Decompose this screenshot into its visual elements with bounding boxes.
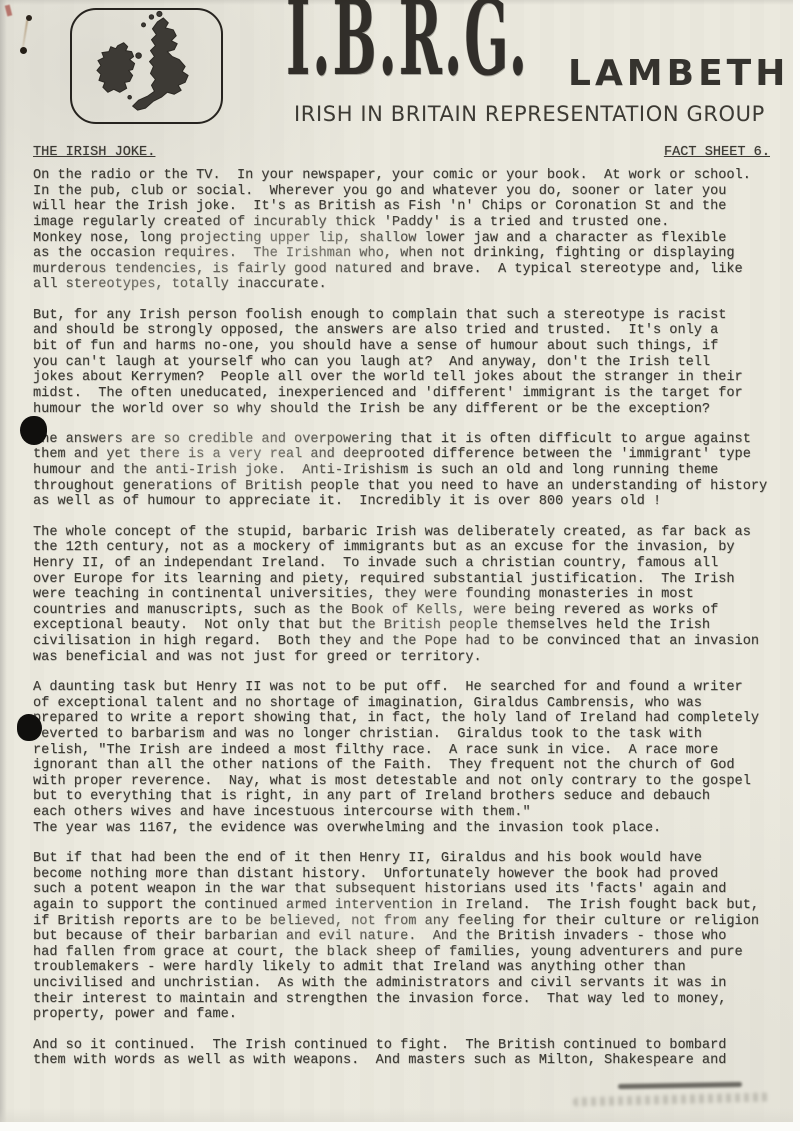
text-line: had fallen from grace at court, the blac…	[33, 945, 775, 961]
text-line: ignorant than all the other nations of t…	[33, 758, 775, 774]
map-of-ireland-and-britain-icon	[72, 10, 221, 122]
text-line: reverted to barbarism and was no longer …	[33, 727, 775, 743]
text-line: The year was 1167, the evidence was over…	[33, 821, 775, 837]
text-line: Henry II, of an independant Ireland. To …	[33, 556, 775, 572]
text-line: countries and manuscripts, such as the B…	[33, 603, 775, 619]
text-line: and should be strongly opposed, the answ…	[33, 323, 775, 339]
page-edge-bottom	[0, 1108, 793, 1122]
text-line: their interest to maintain and strengthe…	[33, 992, 775, 1008]
text-line: exceptional beauty. Not only that but th…	[33, 618, 775, 634]
text-line: the 12th century, not as a mockery of im…	[33, 540, 775, 556]
text-line: relish, "The Irish are indeed a most fil…	[33, 743, 775, 759]
page-edge-left	[0, 0, 7, 1122]
staple-hole-mark	[26, 15, 32, 21]
text-line: midst. The often uneducated, inexperienc…	[33, 386, 775, 402]
text-line: But if that had been the end of it then …	[33, 851, 775, 867]
text-line: such a potent weapon in the war that sub…	[33, 882, 775, 898]
text-line: as the occasion requires. The Irishman w…	[33, 246, 775, 262]
fact-sheet-number: FACT SHEET 6.	[664, 145, 770, 160]
text-line: uncivilised and unchristian. As with the…	[33, 976, 775, 992]
text-line: property, power and fame.	[33, 1007, 775, 1023]
org-initials-stamp: I.B.R.G.	[286, 0, 506, 90]
text-line: with proper reverence. Nay, what is most…	[33, 774, 775, 790]
text-line: In the pub, club or social. Wherever you…	[33, 184, 775, 200]
text-line: civilisation in high regard. Both they a…	[33, 634, 775, 650]
paragraph: The whole concept of the stupid, barbari…	[33, 525, 775, 666]
text-line: but to everything that is right, in any …	[33, 789, 775, 805]
text-line: The answers are so credible and overpowe…	[33, 432, 775, 448]
paragraph: A daunting task but Henry II was not to …	[33, 680, 775, 836]
org-full-name: IRISH IN BRITAIN REPRESENTATION GROUP	[294, 102, 774, 126]
text-line: throughout generations of British people…	[33, 479, 775, 495]
text-line: each others wives and have incestuous in…	[33, 805, 775, 821]
text-line: But, for any Irish person foolish enough…	[33, 308, 775, 324]
text-line: image regularly created of incurably thi…	[33, 215, 775, 231]
text-line: will hear the Irish joke. It's as Britis…	[33, 199, 775, 215]
text-line: bit of fun and harms no-one, you should …	[33, 339, 775, 355]
text-line: And so it continued. The Irish continued…	[33, 1038, 775, 1054]
text-line: troublemakers - were hardly likely to ad…	[33, 960, 775, 976]
paragraph: But, for any Irish person foolish enough…	[33, 308, 775, 417]
text-line: were teaching in continental universitie…	[33, 587, 775, 603]
text-line: The whole concept of the stupid, barbari…	[33, 525, 775, 541]
staple-hole-mark	[20, 47, 27, 54]
text-line: jokes about Kerrymen? People all over th…	[33, 370, 775, 386]
text-line: again to support the continued armed int…	[33, 898, 775, 914]
text-line: as well as of humour to appreciate it. I…	[33, 494, 775, 510]
text-line: was beneficial and was not just for gree…	[33, 650, 775, 666]
document-title: THE IRISH JOKE.	[33, 145, 155, 160]
document-body: On the radio or the TV. In your newspape…	[33, 168, 775, 1083]
text-line: On the radio or the TV. In your newspape…	[33, 168, 775, 184]
ink-blot-mark	[17, 714, 42, 741]
scanned-fact-sheet: I.B.R.G. LAMBETH IRISH IN BRITAIN REPRES…	[0, 0, 800, 1131]
paragraph: But if that had been the end of it then …	[33, 851, 775, 1023]
text-line: over Europe for its learning and piety, …	[33, 572, 775, 588]
text-line: Monkey nose, long projecting upper lip, …	[33, 231, 775, 247]
text-line: humour the world over so why should the …	[33, 402, 775, 418]
ink-blot-mark	[20, 416, 47, 445]
text-line: them and yet there is a very real and de…	[33, 447, 775, 463]
paragraph: The answers are so credible and overpowe…	[33, 432, 775, 510]
document-heading-row: THE IRISH JOKE. FACT SHEET 6.	[33, 145, 770, 160]
text-line: you can't laugh at yourself who can you …	[33, 355, 775, 371]
ibrg-logo	[70, 8, 223, 124]
text-line: but because of their barbarian and evil …	[33, 929, 775, 945]
text-line: of exceptional talent and no shortage of…	[33, 696, 775, 712]
paragraph: On the radio or the TV. In your newspape…	[33, 168, 775, 293]
text-line: murderous tendencies, is fairly good nat…	[33, 262, 775, 278]
text-line: them with words as well as with weapons.…	[33, 1053, 775, 1069]
paragraph: And so it continued. The Irish continued…	[33, 1038, 775, 1069]
text-line: A daunting task but Henry II was not to …	[33, 680, 775, 696]
text-line: humour and the anti-Irish joke. Anti-Iri…	[33, 463, 775, 479]
text-line: become nothing more than distant history…	[33, 867, 775, 883]
text-line: prepared to write a report showing that,…	[33, 711, 775, 727]
text-line: all stereotypes, totally inaccurate.	[33, 277, 775, 293]
org-location-title: LAMBETH	[568, 53, 789, 94]
text-line: if British reports are to be believed, n…	[33, 914, 775, 930]
